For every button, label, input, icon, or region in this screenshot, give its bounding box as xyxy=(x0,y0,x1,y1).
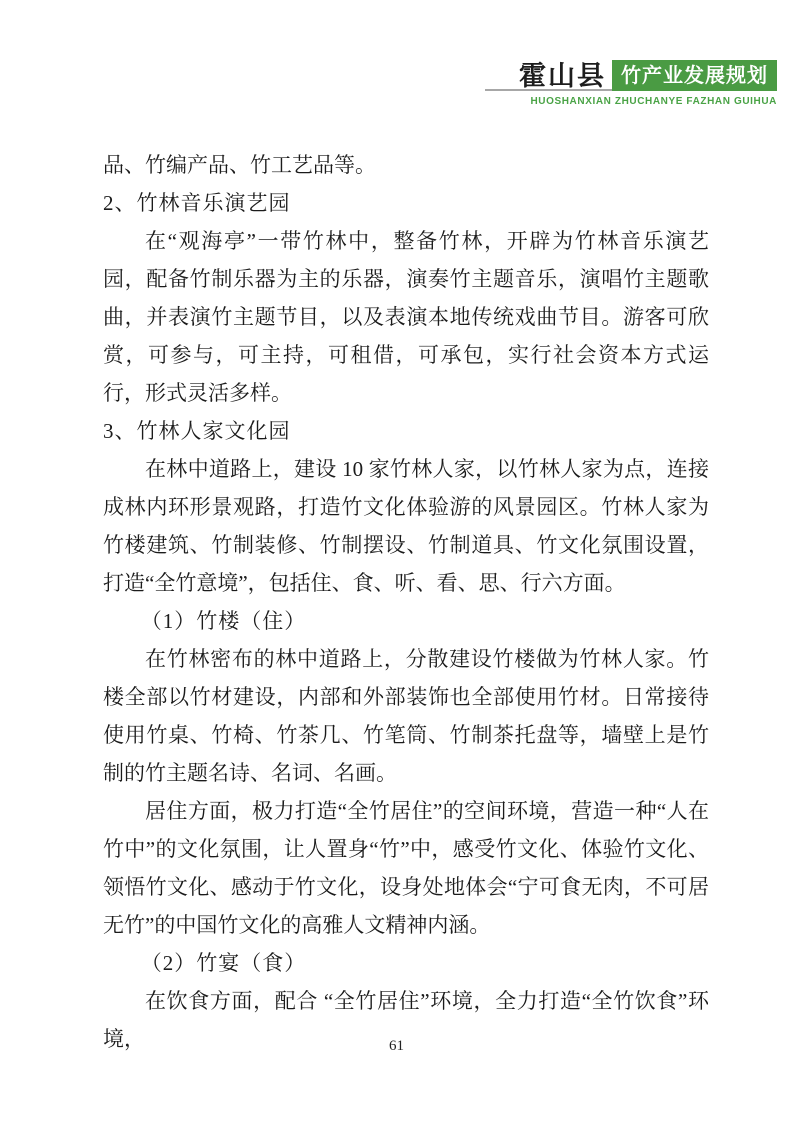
header-brand-row: 霍山县 竹产业发展规划 xyxy=(485,60,777,91)
page-number: 61 xyxy=(389,1038,404,1054)
paragraph: 在“观海亭”一带竹林中，整备竹林，开辟为竹林音乐演艺园，配备竹制乐器为主的乐器，… xyxy=(103,222,709,412)
paragraph-continuation: 品、竹编产品、竹工艺品等。 xyxy=(103,146,709,184)
paragraph: 在林中道路上，建设 10 家竹林人家，以竹林人家为点，连接成林内环形景观路，打造… xyxy=(103,450,709,602)
paragraph: 居住方面，极力打造“全竹居住”的空间环境，营造一种“人在竹中”的文化氛围，让人置… xyxy=(103,792,709,944)
paragraph: 在竹林密布的林中道路上，分散建设竹楼做为竹林人家。竹楼全部以竹材建设，内部和外部… xyxy=(103,640,709,792)
subsection-heading-1: （1）竹楼（住） xyxy=(103,602,709,640)
page-header: 霍山县 竹产业发展规划 HUOSHANXIAN ZHUCHANYE FAZHAN… xyxy=(485,60,777,107)
county-name: 霍山县 xyxy=(519,61,612,91)
section-heading-3: 3、竹林人家文化园 xyxy=(103,412,709,450)
document-title-badge: 竹产业发展规划 xyxy=(612,60,777,91)
header-subtitle-pinyin: HUOSHANXIAN ZHUCHANYE FAZHAN GUIHUA xyxy=(485,96,777,107)
subsection-heading-2: （2）竹宴（食） xyxy=(103,944,709,982)
section-heading-2: 2、竹林音乐演艺园 xyxy=(103,184,709,222)
page-footer: 61 xyxy=(0,1038,793,1055)
document-page: 霍山县 竹产业发展规划 HUOSHANXIAN ZHUCHANYE FAZHAN… xyxy=(0,0,793,1122)
document-body: 品、竹编产品、竹工艺品等。 2、竹林音乐演艺园 在“观海亭”一带竹林中，整备竹林… xyxy=(103,146,709,1058)
